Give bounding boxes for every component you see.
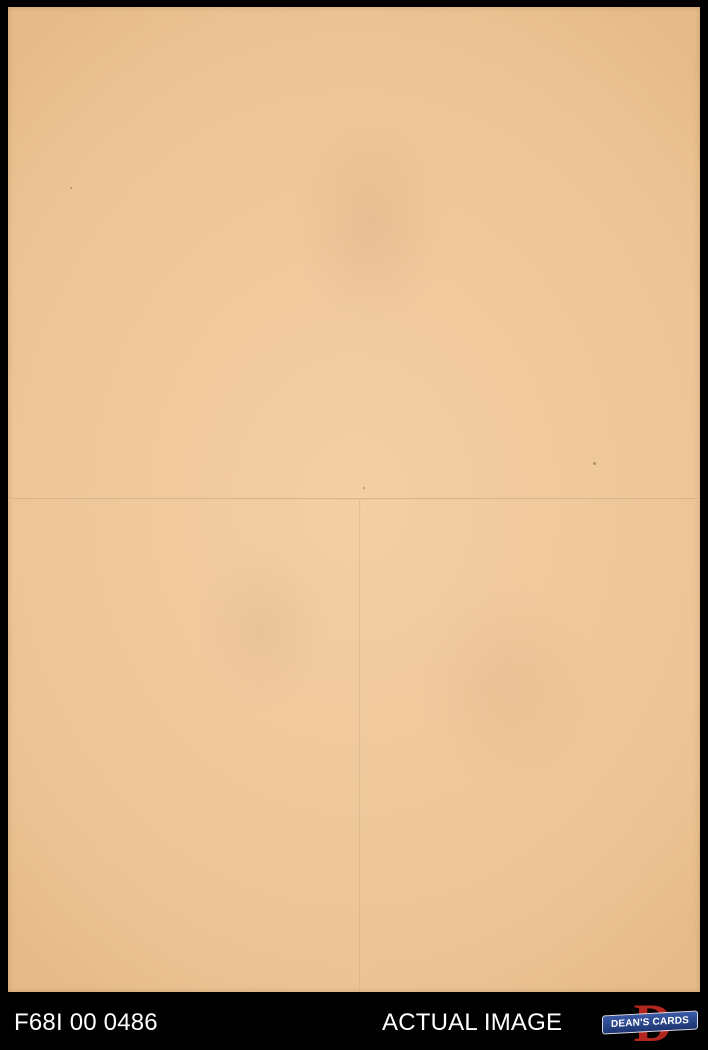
cert-number: F68I 00 0486 — [14, 1009, 158, 1037]
horizontal-fold-line — [8, 498, 700, 500]
paper-speck — [70, 187, 72, 189]
footer-bar: F68I 00 0486 ACTUAL IMAGE D DEAN'S CARDS — [0, 995, 708, 1050]
card-back-image — [8, 7, 700, 992]
paper-speck — [363, 487, 365, 489]
deans-cards-logo: D DEAN'S CARDS — [600, 1000, 700, 1046]
vertical-fold-line — [359, 500, 361, 992]
logo-banner: DEAN'S CARDS — [602, 1010, 698, 1034]
actual-image-label: ACTUAL IMAGE — [382, 1009, 562, 1037]
paper-speck — [593, 462, 596, 465]
